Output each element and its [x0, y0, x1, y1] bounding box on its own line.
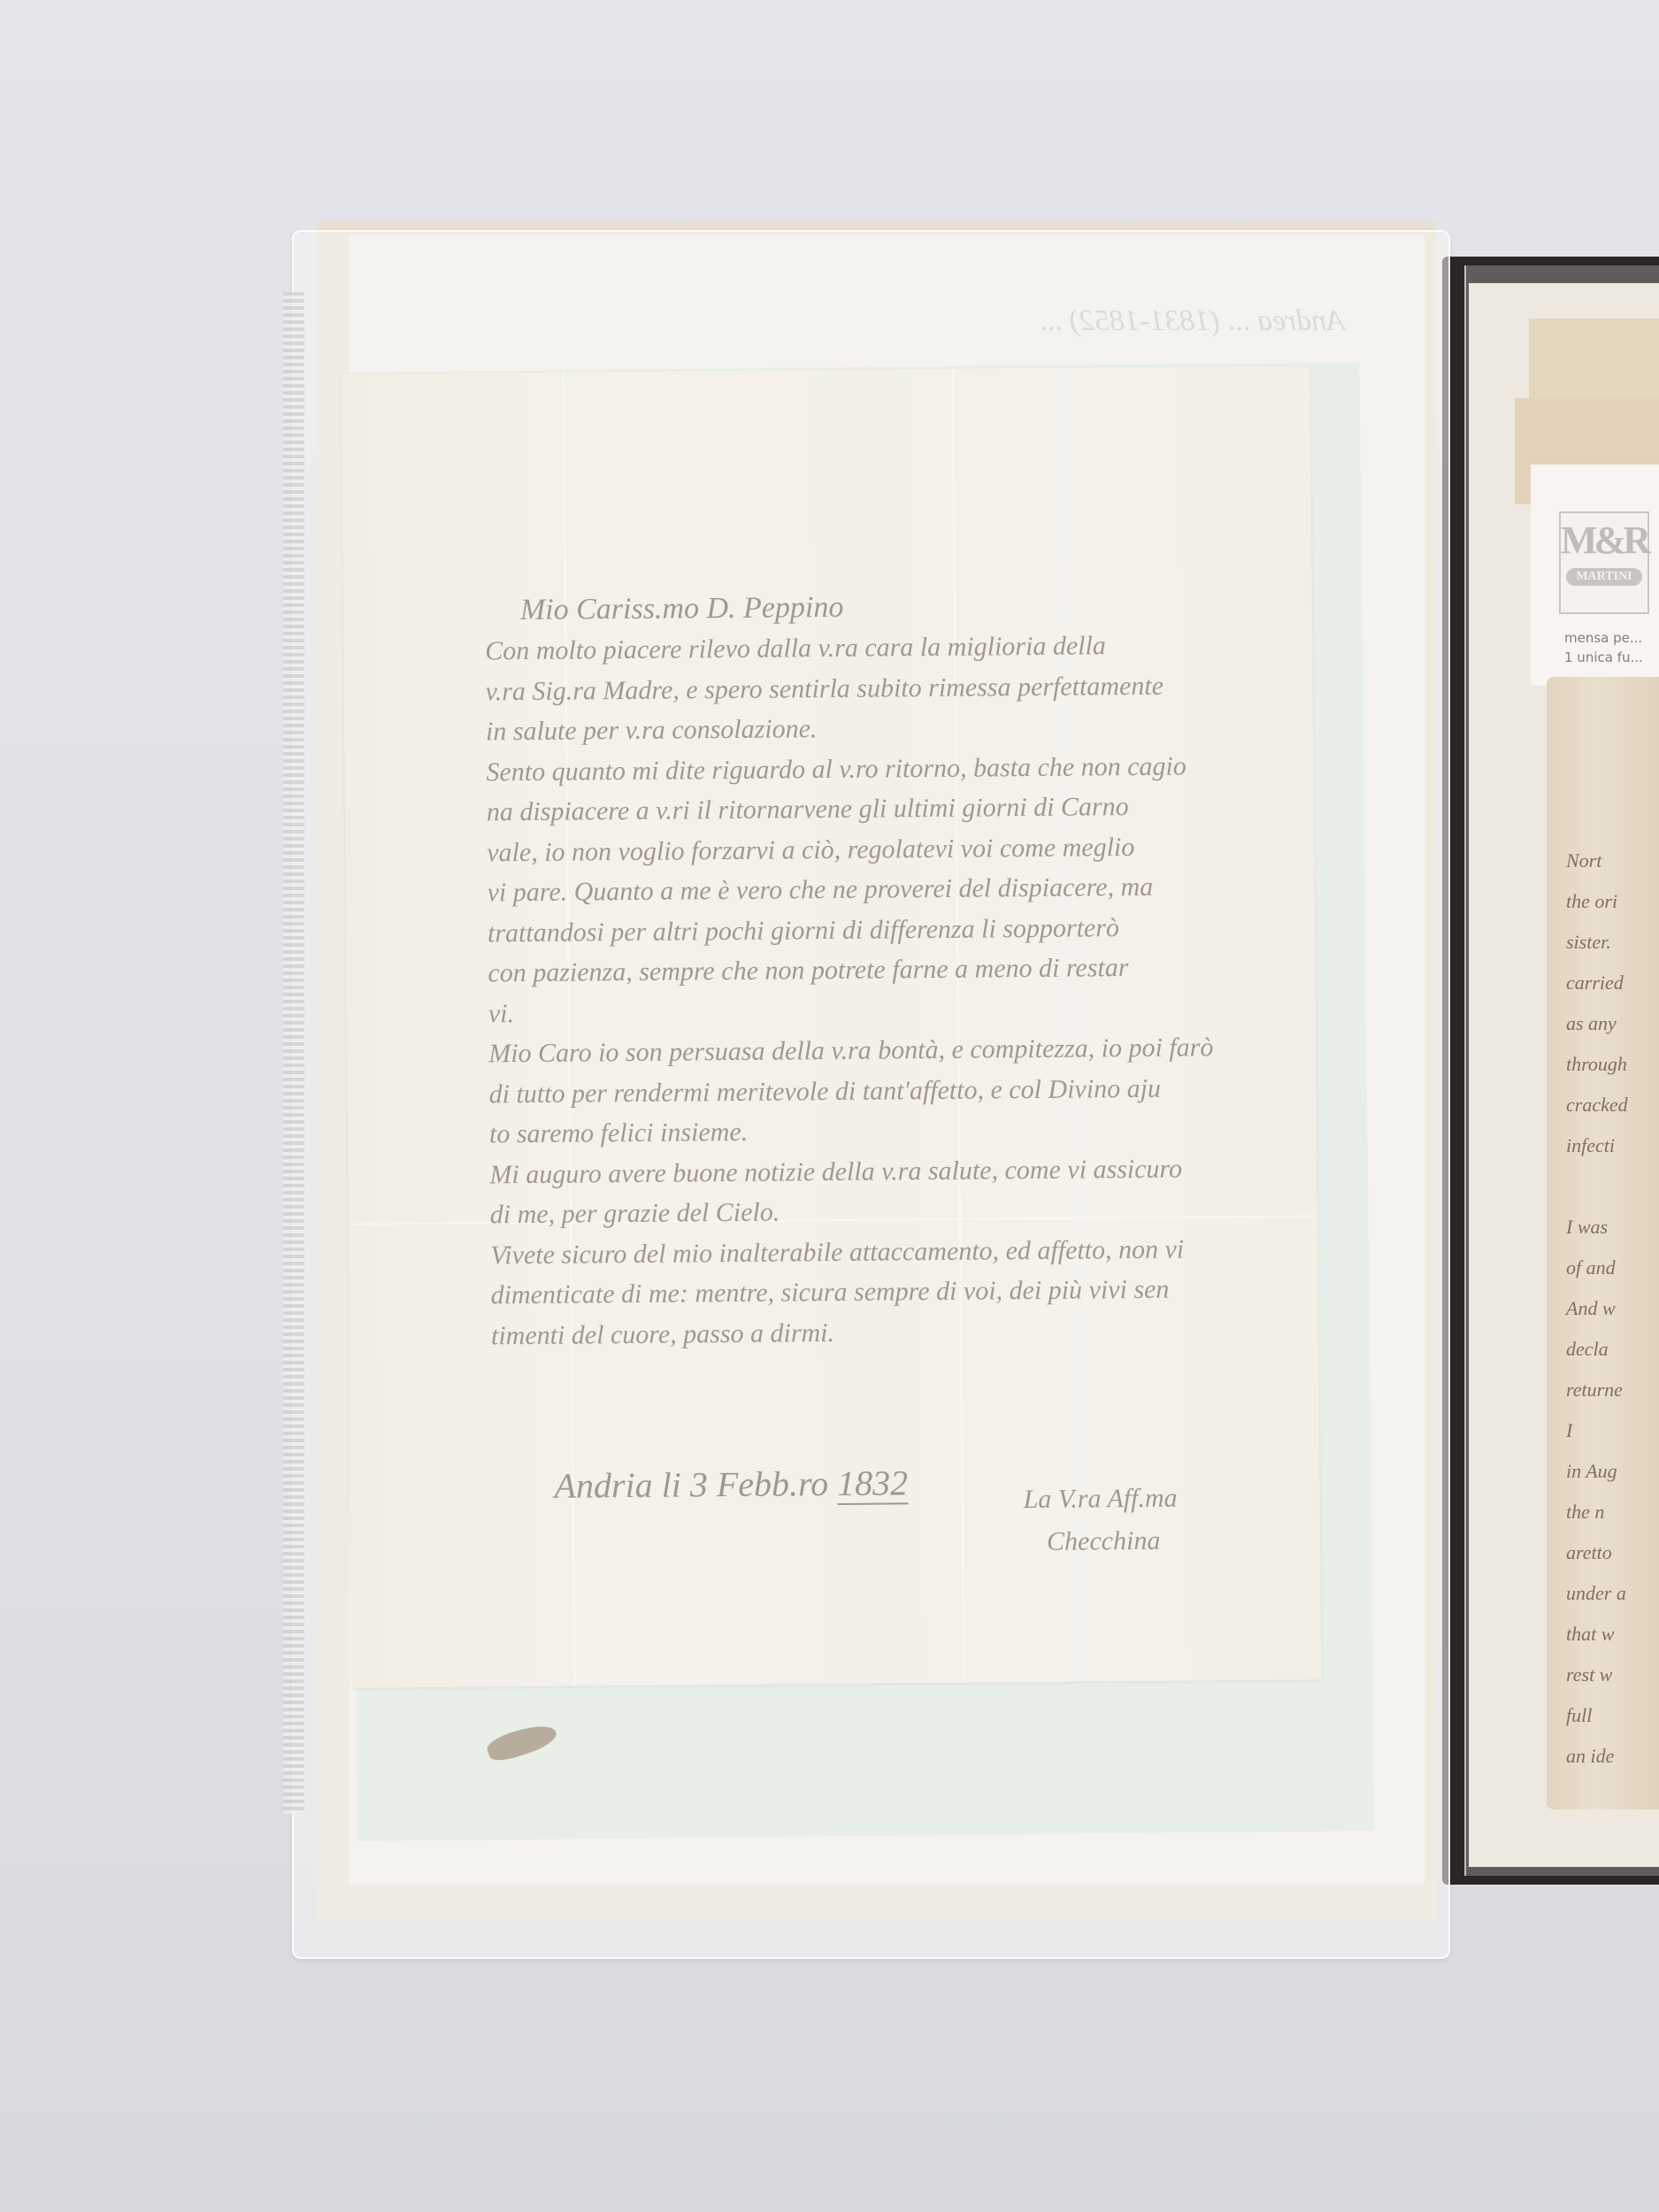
plastic-sleeve [292, 230, 1450, 1959]
sleeve-perforated-edge [283, 292, 304, 1814]
plastic-sleeve-right [1464, 265, 1659, 1876]
